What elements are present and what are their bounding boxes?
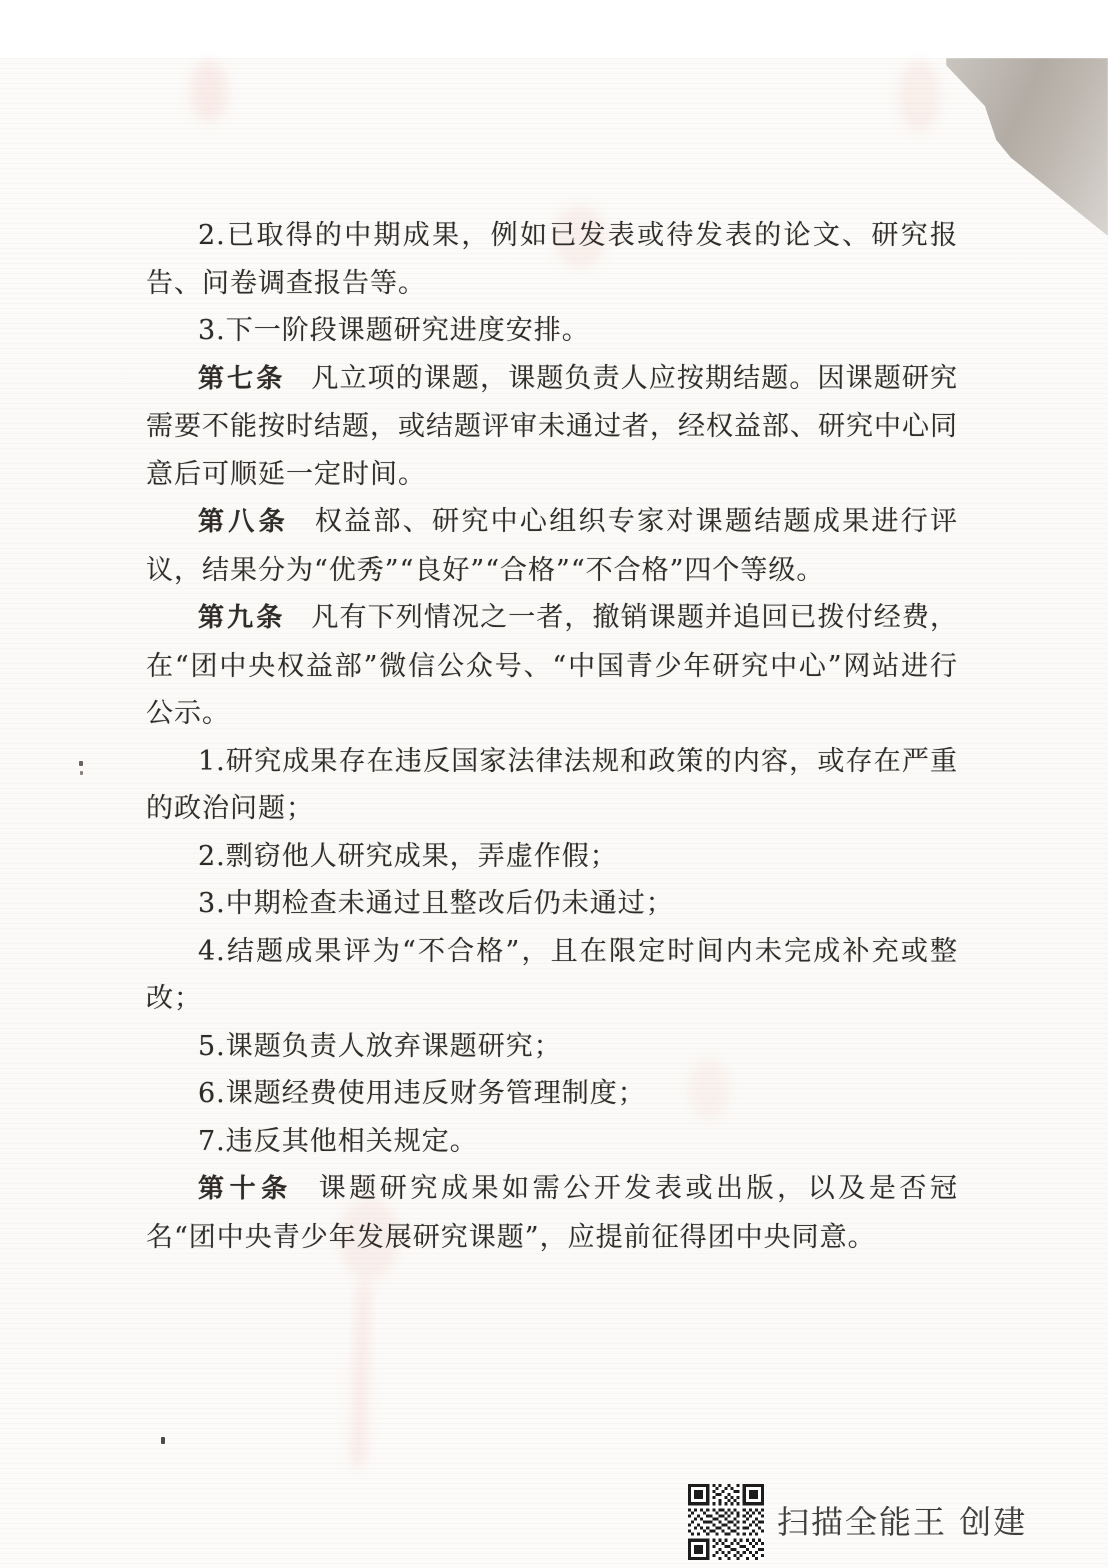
paragraph-text: 2.已取得的中期成果，例如已发表或待发表的论文、研究报告、问卷调查报告等。 [146, 220, 958, 299]
article-number: 第九条 [198, 603, 285, 633]
paragraph: 第十条课题研究成果如需公开发表或出版，以及是否冠名“团中央青少年发展研究课题”，… [146, 1165, 958, 1261]
qr-code-icon [688, 1484, 764, 1560]
paragraph: 第八条权益部、研究中心组织专家对课题结题成果进行评议，结果分为“优秀”“良好”“… [146, 498, 958, 594]
paragraph-text: 3.中期检查未通过且整改后仍未通过； [198, 888, 674, 919]
article-number: 第七条 [198, 364, 285, 394]
article-number: 第八条 [198, 507, 289, 537]
paragraph: 第七条凡立项的课题，课题负责人应按期结题。因课题研究需要不能按时结题，或结题评审… [146, 355, 958, 499]
paragraph: 5.课题负责人放弃课题研究； [146, 1023, 958, 1071]
camscanner-caption: 扫描全能王 创建 [777, 1484, 1027, 1560]
paragraph: 2.已取得的中期成果，例如已发表或待发表的论文、研究报告、问卷调查报告等。 [146, 212, 958, 307]
paragraph: 3.下一阶段课题研究进度安排。 [146, 307, 958, 355]
paragraph: 6.课题经费使用违反财务管理制度； [146, 1070, 958, 1118]
paragraph-text: 5.课题负责人放弃课题研究； [198, 1031, 562, 1062]
camscanner-watermark: 扫描全能王 创建 [688, 1484, 1027, 1560]
scanner-background [0, 0, 1108, 58]
paragraph: 3.中期检查未通过且整改后仍未通过； [146, 880, 958, 928]
paragraph-text: 6.课题经费使用违反财务管理制度； [198, 1078, 646, 1109]
paragraph-text: 1.研究成果存在违反国家法律法规和政策的内容，或存在严重的政治问题； [146, 746, 958, 825]
paragraph: 2.剽窃他人研究成果，弄虚作假； [146, 833, 958, 881]
paragraph-text: 2.剽窃他人研究成果，弄虚作假； [198, 841, 618, 872]
paragraph-text: 4.结题成果评为“不合格”，且在限定时间内未完成补充或整改； [146, 936, 958, 1015]
paragraph: 7.违反其他相关规定。 [146, 1118, 958, 1166]
paragraph: 第九条凡有下列情况之一者，撤销课题并追回已拨付经费，在“团中央权益部”微信公众号… [146, 594, 958, 738]
paragraph-text: 7.违反其他相关规定。 [198, 1126, 478, 1157]
paragraph: 1.研究成果存在违反国家法律法规和政策的内容，或存在严重的政治问题； [146, 738, 958, 833]
paragraph: 4.结题成果评为“不合格”，且在限定时间内未完成补充或整改； [146, 928, 958, 1023]
paragraph-text: 3.下一阶段课题研究进度安排。 [198, 315, 590, 346]
document-body: 2.已取得的中期成果，例如已发表或待发表的论文、研究报告、问卷调查报告等。 3.… [146, 212, 958, 1261]
article-number: 第十条 [198, 1174, 293, 1204]
scanned-document-page: 2.已取得的中期成果，例如已发表或待发表的论文、研究报告、问卷调查报告等。 3.… [0, 0, 1108, 1568]
